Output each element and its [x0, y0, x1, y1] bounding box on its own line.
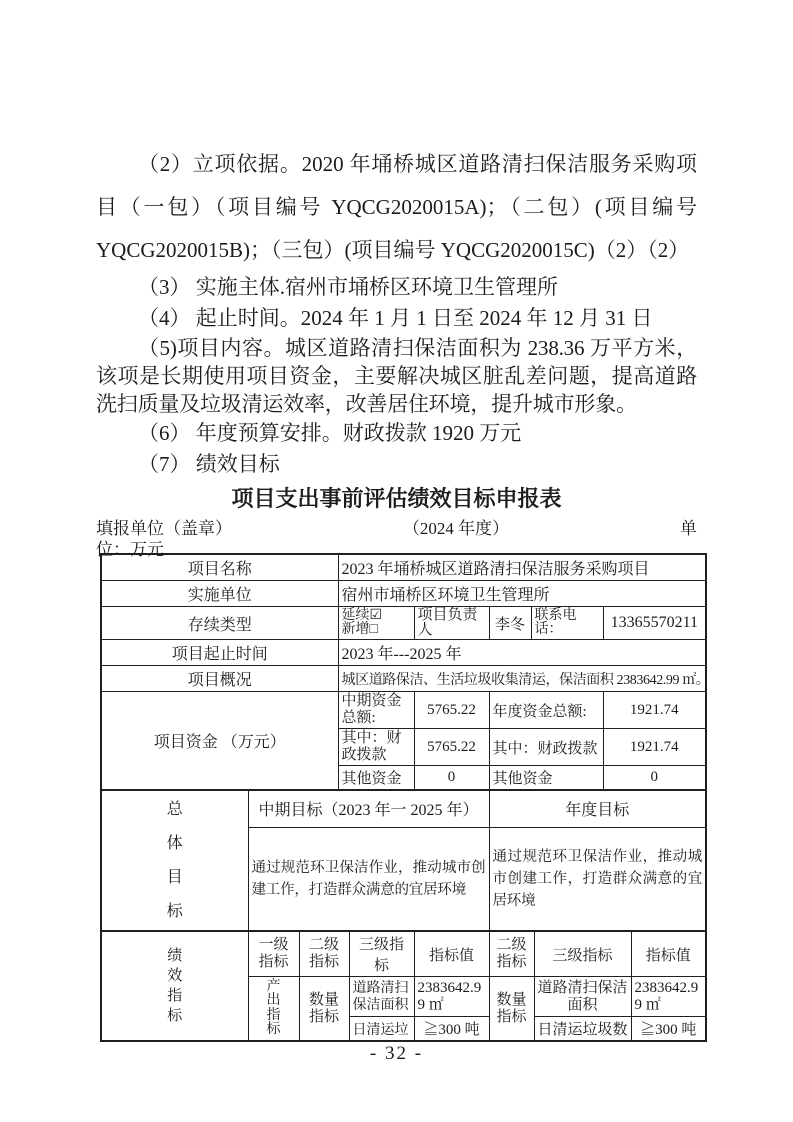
- cell-mid-goal-header: 中期目标（2023 年一 2025 年）: [248, 790, 489, 827]
- cell-mid-fiscal-value: 5765.22: [414, 729, 489, 766]
- cell-project-name-value: 2023 年埇桥城区道路清扫保洁服务采购项目: [338, 554, 706, 581]
- table-row: 实施单位 宿州市埇桥区环境卫生管理所: [101, 581, 706, 607]
- paragraph-item-3: （3） 实施主体.宿州市埇桥区环境卫生管理所: [96, 272, 697, 303]
- cell-road-area-right: 道路清扫保洁面积: [534, 977, 631, 1017]
- cell-daily-garbage-value-right: ≧300 吨: [631, 1017, 706, 1042]
- cell-annual-goal-header: 年度目标: [489, 790, 706, 827]
- declaration-table: 项目名称 2023 年埇桥城区道路清扫保洁服务采购项目 实施单位 宿州市埇桥区环…: [100, 553, 705, 1042]
- body-text: （2）立项依据。2020 年埇桥城区道路清扫保洁服务采购项目（一包）（项目编号 …: [96, 143, 697, 480]
- cell-output-indicator-label: 产出指标: [248, 977, 299, 1042]
- cell-annual-total-value: 1921.74: [603, 692, 706, 729]
- page-number: - 32 -: [0, 1043, 793, 1065]
- cell-qty-indicator-left: 数量指标: [299, 977, 349, 1042]
- cell-annual-other-value: 0: [603, 766, 706, 791]
- cell-road-area-value-right: 2383642.99 ㎡: [631, 977, 706, 1017]
- checkbox-continuing: 延续☑: [342, 609, 411, 623]
- paragraph-item-4: （4） 起止时间。2024 年 1 月 1 日至 2024 年 12 月 31 …: [96, 303, 697, 334]
- cell-header-level2-left: 二级指标: [299, 931, 349, 977]
- cell-overview-value: 城区道路保洁、生活垃圾收集清运，保洁面积 2383642.99 ㎡。: [338, 666, 706, 692]
- cell-daily-garbage-value-left: ≧300 吨: [414, 1017, 489, 1042]
- table-row: 项目名称 2023 年埇桥城区道路清扫保洁服务采购项目: [101, 554, 706, 581]
- form-header-unit-label: 填报单位（盖章）: [96, 518, 232, 539]
- cell-annual-total-label: 年度资金总额:: [489, 692, 603, 729]
- cell-header-level2-right: 二级指标: [489, 931, 534, 977]
- cell-mid-fiscal-label: 其中：财政拨款: [338, 729, 414, 766]
- cell-qty-indicator-right: 数量指标: [489, 977, 534, 1042]
- form-header-year: （2024 年度）: [403, 518, 509, 539]
- table-row: 项目概况 城区道路保洁、生活垃圾收集清运，保洁面积 2383642.99 ㎡。: [101, 666, 706, 692]
- cell-annual-fiscal-label: 其中：财政拨款: [489, 729, 603, 766]
- cell-phone-value: 13365570211: [603, 607, 706, 640]
- paragraph-item-2: （2）立项依据。2020 年埇桥城区道路清扫保洁服务采购项目（一包）（项目编号 …: [96, 143, 697, 272]
- cell-header-value-right: 指标值: [631, 931, 706, 977]
- paragraph-item-5: （5)项目内容。城区道路清扫保洁面积为 238.36 万平方米，该项是长期使用项…: [96, 334, 697, 418]
- cell-leader-value: 李冬: [489, 607, 531, 640]
- cell-perf-label: 绩效指标: [101, 931, 248, 1041]
- cell-header-level1: 一级指标: [248, 931, 299, 977]
- form-header-right-char: 单: [680, 518, 697, 539]
- cell-mid-total-label: 中期资金总额:: [338, 692, 414, 729]
- table-row: 项目起止时间 2023 年---2025 年: [101, 640, 706, 666]
- cell-mid-other-label: 其他资金: [338, 766, 414, 791]
- cell-daily-garbage-left: 日清运垃: [349, 1017, 414, 1042]
- cell-mid-other-value: 0: [414, 766, 489, 791]
- cell-annual-fiscal-value: 1921.74: [603, 729, 706, 766]
- checkbox-new: 新增□: [342, 623, 411, 637]
- cell-overview-label: 项目概况: [101, 666, 338, 692]
- cell-mid-total-value: 5765.22: [414, 692, 489, 729]
- table-basic-info: 项目名称 2023 年埇桥城区道路清扫保洁服务采购项目 实施单位 宿州市埇桥区环…: [100, 553, 707, 791]
- table-row: 项目资金 （万元） 中期资金总额: 5765.22 年度资金总额: 1921.7…: [101, 692, 706, 729]
- cell-continuity-label: 存续类型: [101, 607, 338, 640]
- table-row: 绩效指标 一级指标 二级指标 三级指标 指标值 二级指标 三级指标 指标值: [101, 931, 706, 977]
- table-performance: 绩效指标 一级指标 二级指标 三级指标 指标值 二级指标 三级指标 指标值 产出…: [100, 930, 707, 1042]
- cell-period-label: 项目起止时间: [101, 640, 338, 666]
- cell-period-value: 2023 年---2025 年: [338, 640, 706, 666]
- cell-impl-unit-value: 宿州市埇桥区环境卫生管理所: [338, 581, 706, 607]
- cell-mid-goal-text: 通过规范环卫保洁作业，推动城市创建工作，打造群众满意的宜居环境: [248, 827, 489, 931]
- paragraph-item-7: （7） 绩效目标: [96, 449, 697, 480]
- cell-leader-label: 项目负责人: [414, 607, 489, 640]
- cell-annual-goal-text: 通过规范环卫保洁作业，推动城市创建工作，打造群众满意的宜居环境: [489, 827, 706, 931]
- cell-road-area-left: 道路清扫保洁面积: [349, 977, 414, 1017]
- table-row: 总体目标 中期目标（2023 年一 2025 年） 年度目标: [101, 790, 706, 827]
- paragraph-item-6: （6） 年度预算安排。财政拨款 1920 万元: [96, 418, 697, 449]
- cell-phone-label: 联系电话：: [531, 607, 603, 640]
- cell-annual-other-label: 其他资金: [489, 766, 603, 791]
- cell-header-value-left: 指标值: [414, 931, 489, 977]
- cell-continuity-checkboxes: 延续☑ 新增□: [338, 607, 414, 640]
- cell-header-level3-right: 三级指标: [534, 931, 631, 977]
- cell-project-name-label: 项目名称: [101, 554, 338, 581]
- cell-impl-unit-label: 实施单位: [101, 581, 338, 607]
- cell-road-area-value-left: 2383642.99 ㎡: [414, 977, 489, 1017]
- table-row: 存续类型 延续☑ 新增□ 项目负责人 李冬 联系电话： 13365570211: [101, 607, 706, 640]
- cell-overall-goal-label: 总体目标: [101, 790, 248, 931]
- cell-header-level3-left: 三级指标: [349, 931, 414, 977]
- form-title: 项目支出事前评估绩效目标申报表: [96, 482, 697, 513]
- cell-funds-label: 项目资金 （万元）: [101, 692, 338, 791]
- table-overall-goal: 总体目标 中期目标（2023 年一 2025 年） 年度目标 通过规范环卫保洁作…: [100, 789, 707, 932]
- cell-daily-garbage-right: 日清运垃圾数: [534, 1017, 631, 1042]
